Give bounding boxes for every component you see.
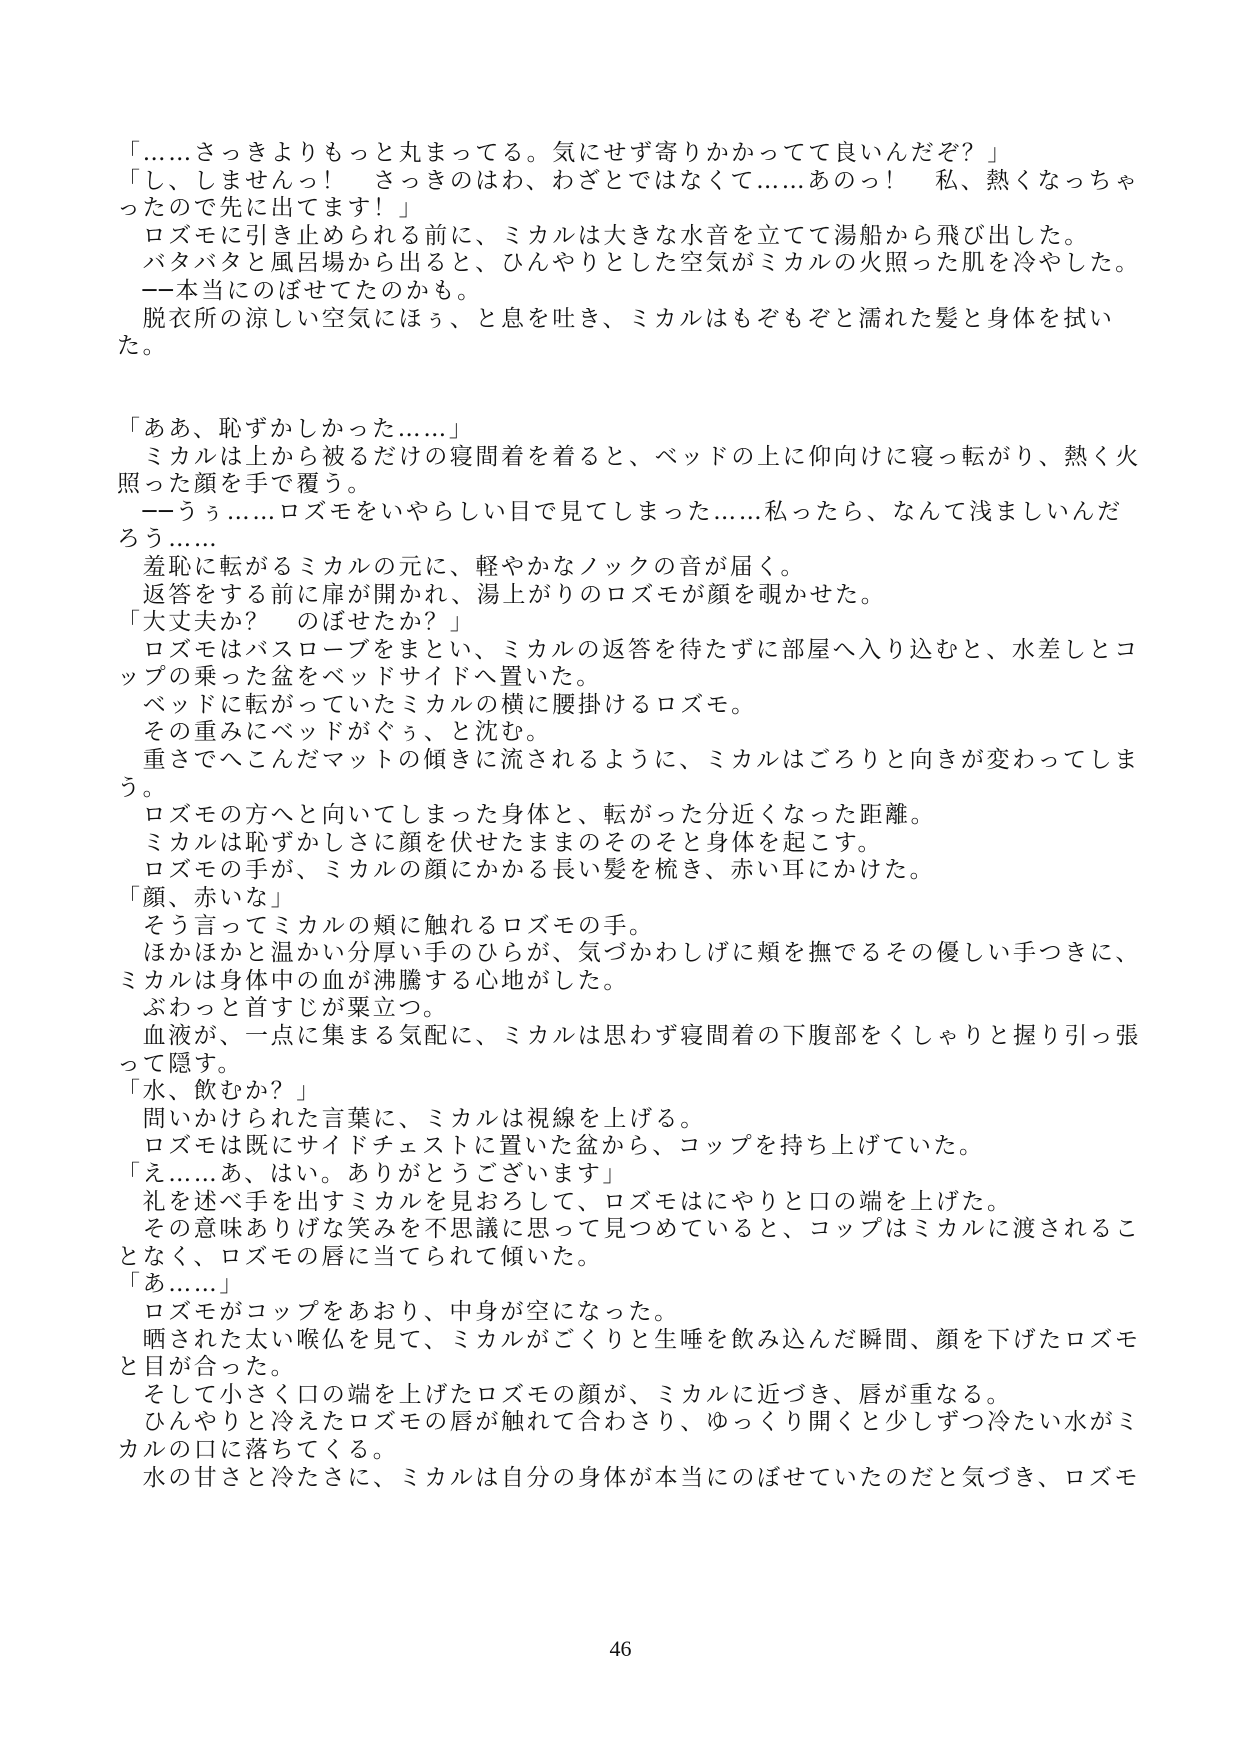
text-line: 礼を述べ手を出すミカルを見おろして、ロズモはにやりと口の端を上げた。 <box>117 1189 1107 1217</box>
body-text: 「……さっきよりもっと丸まってる。気にせず寄りかかってて良いんだぞ？」「し、しま… <box>117 140 1107 1492</box>
text-line: 血液が、一点に集まる気配に、ミカルは思わず寝間着の下腹部をくしゃりと握り引っ張 <box>117 1023 1107 1051</box>
text-line: ミカルは恥ずかしさに顔を伏せたままのそのそと身体を起こす。 <box>117 830 1107 858</box>
text-line: その重みにベッドがぐぅ、と沈む。 <box>117 719 1107 747</box>
text-line: ミカルは身体中の血が沸騰する心地がした。 <box>117 968 1107 996</box>
text-line: ミカルは上から被るだけの寝間着を着ると、ベッドの上に仰向けに寝っ転がり、熱く火 <box>117 444 1107 472</box>
text-line: ロズモは既にサイドチェストに置いた盆から、コップを持ち上げていた。 <box>117 1133 1107 1161</box>
text-line: ベッドに転がっていたミカルの横に腰掛けるロズモ。 <box>117 692 1107 720</box>
text-line: カルの口に落ちてくる。 <box>117 1437 1107 1465</box>
text-line: そう言ってミカルの頬に触れるロズモの手。 <box>117 913 1107 941</box>
text-line: ロズモの手が、ミカルの顔にかかる長い髪を梳き、赤い耳にかけた。 <box>117 857 1107 885</box>
text-line: 「し、しませんっ！ さっきのはわ、わざとではなくて……あのっ！ 私、熱くなっちゃ <box>117 168 1107 196</box>
page-number: 46 <box>0 1636 1241 1662</box>
text-line: ったので先に出てます！」 <box>117 195 1107 223</box>
text-line: 「大丈夫か？ のぼせたか？」 <box>117 609 1107 637</box>
text-line: 「え……あ、はい。ありがとうございます」 <box>117 1161 1107 1189</box>
text-line: と目が合った。 <box>117 1354 1107 1382</box>
text-line: ほかほかと温かい分厚い手のひらが、気づかわしげに頬を撫でるその優しい手つきに、 <box>117 940 1107 968</box>
text-line: ップの乗った盆をベッドサイドへ置いた。 <box>117 664 1107 692</box>
text-line: ひんやりと冷えたロズモの唇が触れて合わさり、ゆっくり開くと少しずつ冷たい水がミ <box>117 1409 1107 1437</box>
text-line: 水の甘さと冷たさに、ミカルは自分の身体が本当にのぼせていたのだと気づき、ロズモ <box>117 1465 1107 1493</box>
document-page: 「……さっきよりもっと丸まってる。気にせず寄りかかってて良いんだぞ？」「し、しま… <box>0 0 1241 1755</box>
text-line: ロズモはバスローブをまとい、ミカルの返答を待たずに部屋へ入り込むと、水差しとコ <box>117 637 1107 665</box>
text-line: って隠す。 <box>117 1051 1107 1079</box>
text-line: ロズモがコップをあおり、中身が空になった。 <box>117 1299 1107 1327</box>
text-line: バタバタと風呂場から出ると、ひんやりとした空気がミカルの火照った肌を冷やした。 <box>117 250 1107 278</box>
text-line: 脱衣所の涼しい空気にほぅ、と息を吐き、ミカルはもぞもぞと濡れた髪と身体を拭い <box>117 306 1107 334</box>
text-line: 照った顔を手で覆う。 <box>117 471 1107 499</box>
text-line: その意味ありげな笑みを不思議に思って見つめていると、コップはミカルに渡されるこ <box>117 1216 1107 1244</box>
text-line: 「水、飲むか？」 <box>117 1078 1107 1106</box>
text-line: ──うぅ……ロズモをいやらしい目で見てしまった……私ったら、なんて浅ましいんだ <box>117 499 1107 527</box>
text-line: た。 <box>117 333 1107 361</box>
text-line: ろう…… <box>117 526 1107 554</box>
text-line: ロズモの方へと向いてしまった身体と、転がった分近くなった距離。 <box>117 802 1107 830</box>
text-line: 「あ……」 <box>117 1271 1107 1299</box>
text-line: 「……さっきよりもっと丸まってる。気にせず寄りかかってて良いんだぞ？」 <box>117 140 1107 168</box>
text-line: ロズモに引き止められる前に、ミカルは大きな水音を立てて湯船から飛び出した。 <box>117 223 1107 251</box>
text-line: 問いかけられた言葉に、ミカルは視線を上げる。 <box>117 1106 1107 1134</box>
text-line: ぶわっと首すじが粟立つ。 <box>117 995 1107 1023</box>
blank-line <box>117 388 1107 416</box>
text-line: ──本当にのぼせてたのかも。 <box>117 278 1107 306</box>
text-line: となく、ロズモの唇に当てられて傾いた。 <box>117 1244 1107 1272</box>
text-line: 返答をする前に扉が開かれ、湯上がりのロズモが顔を覗かせた。 <box>117 582 1107 610</box>
text-line: 重さでへこんだマットの傾きに流されるように、ミカルはごろりと向きが変わってしま <box>117 747 1107 775</box>
text-line: 羞恥に転がるミカルの元に、軽やかなノックの音が届く。 <box>117 554 1107 582</box>
text-line: 晒された太い喉仏を見て、ミカルがごくりと生唾を飲み込んだ瞬間、顔を下げたロズモ <box>117 1327 1107 1355</box>
blank-line <box>117 361 1107 389</box>
text-line: う。 <box>117 775 1107 803</box>
text-line: 「顔、赤いな」 <box>117 885 1107 913</box>
text-line: そして小さく口の端を上げたロズモの顔が、ミカルに近づき、唇が重なる。 <box>117 1382 1107 1410</box>
text-line: 「ああ、恥ずかしかった……」 <box>117 416 1107 444</box>
